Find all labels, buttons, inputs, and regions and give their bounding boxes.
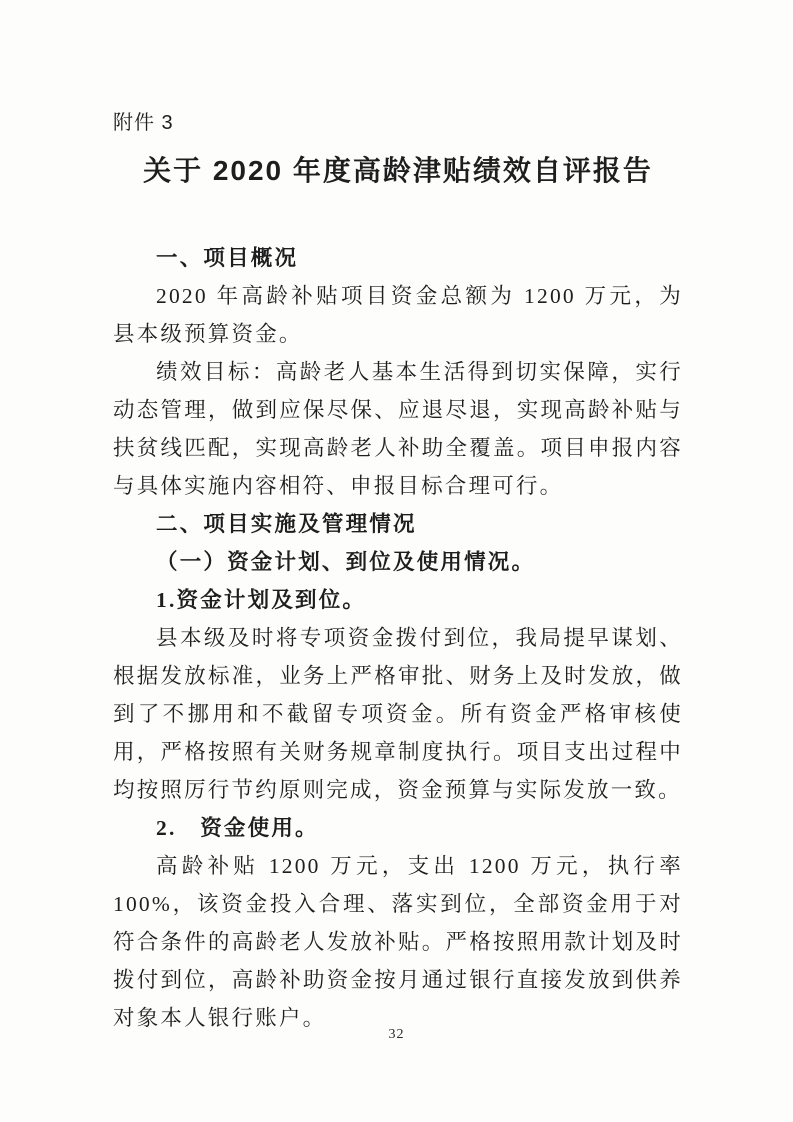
document-title: 关于 2020 年度高龄津贴绩效自评报告 [113, 150, 683, 192]
page-number: 32 [0, 1028, 793, 1042]
attachment-label: 附件 3 [113, 108, 683, 138]
document-page: 附件 3 关于 2020 年度高龄津贴绩效自评报告 一、项目概况 2020 年高… [0, 0, 793, 1122]
paragraph-fund-plan: 县本级及时将专项资金拨付到位，我局提早谋划、根据发放标准，业务上严格审批、财务上… [113, 619, 683, 809]
heading-fund-use: 2. 资金使用。 [113, 809, 683, 847]
heading-implementation-management: 二、项目实施及管理情况 [113, 505, 683, 543]
paragraph-fund-use: 高龄补贴 1200 万元，支出 1200 万元，执行率 100%，该资金投入合理… [113, 847, 683, 1037]
paragraph-budget-total: 2020 年高龄补贴项目资金总额为 1200 万元，为县本级预算资金。 [113, 277, 683, 353]
paragraph-performance-goal: 绩效目标：高龄老人基本生活得到切实保障，实行动态管理，做到应保尽保、应退尽退，实… [113, 353, 683, 505]
heading-fund-plan-arrival: 1.资金计划及到位。 [113, 581, 683, 619]
heading-fund-plan-section: （一）资金计划、到位及使用情况。 [113, 543, 683, 581]
document-content: 附件 3 关于 2020 年度高龄津贴绩效自评报告 一、项目概况 2020 年高… [0, 0, 793, 1037]
heading-project-overview: 一、项目概况 [113, 239, 683, 277]
